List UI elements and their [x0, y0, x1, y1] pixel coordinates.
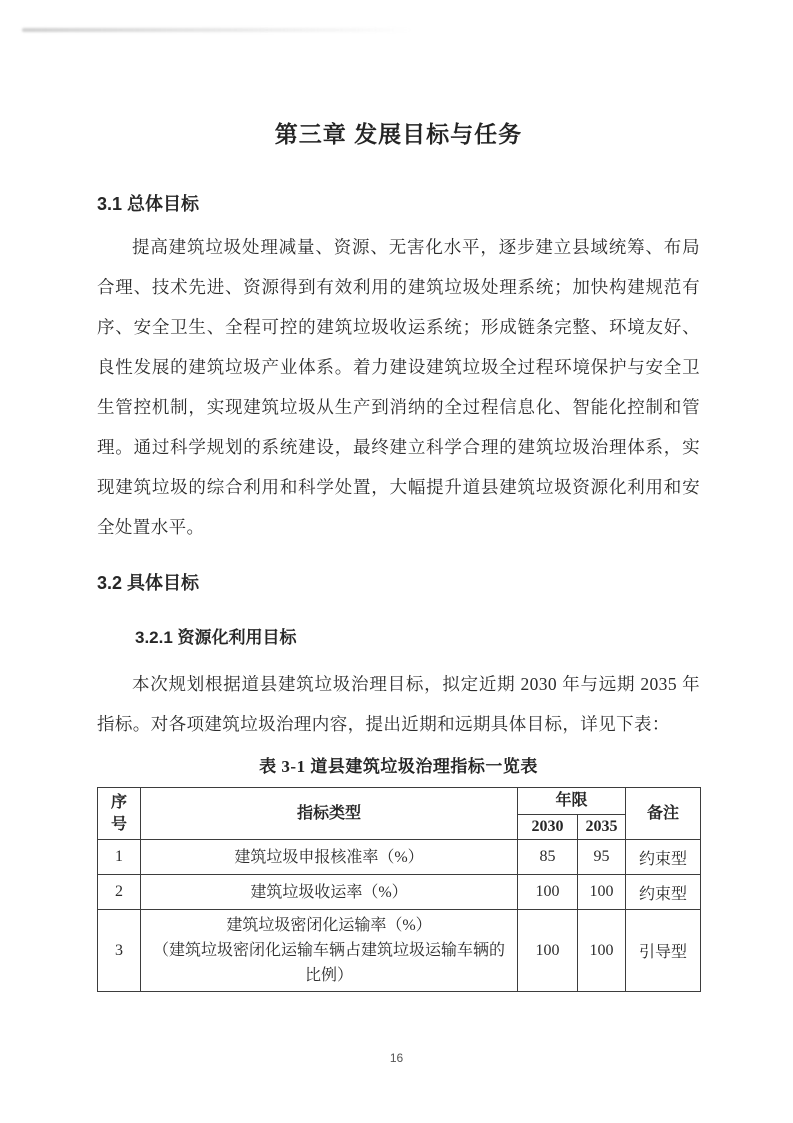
section-3-2-1-heading: 3.2.1 资源化利用目标 [135, 626, 700, 650]
scan-artifact [22, 28, 412, 32]
col-header-type: 指标类型 [141, 788, 518, 840]
cell-note: 约束型 [626, 875, 701, 910]
cell-indicator-type: 建筑垃圾申报核准率（%） [141, 840, 518, 875]
section-3-1-paragraph: 提高建筑垃圾处理减量、资源、无害化水平，逐步建立县域统筹、布局合理、技术先进、资… [97, 227, 700, 547]
cell-2030-value: 100 [518, 910, 578, 992]
section-3-2-1-paragraph: 本次规划根据道县建筑垃圾治理目标，拟定近期 2030 年与远期 2035 年指标… [97, 664, 700, 744]
table-row: 2 建筑垃圾收运率（%） 100 100 约束型 [98, 875, 701, 910]
col-header-index: 序号 [98, 788, 141, 840]
page-number: 16 [0, 1051, 793, 1065]
table-caption: 表 3-1 道县建筑垃圾治理指标一览表 [97, 754, 700, 780]
page-content: 第三章 发展目标与任务 3.1 总体目标 提高建筑垃圾处理减量、资源、无害化水平… [0, 118, 793, 992]
cell-2035-value: 100 [578, 910, 626, 992]
table-row: 1 建筑垃圾申报核准率（%） 85 95 约束型 [98, 840, 701, 875]
col-header-2035: 2035 [578, 815, 626, 840]
cell-index: 1 [98, 840, 141, 875]
col-header-2030: 2030 [518, 815, 578, 840]
section-3-1-heading: 3.1 总体目标 [97, 192, 700, 217]
cell-note: 引导型 [626, 910, 701, 992]
table-header-row-top: 序号 指标类型 年限 备注 [98, 788, 701, 815]
section-3-2-heading: 3.2 具体目标 [97, 571, 700, 596]
indicators-table: 序号 指标类型 年限 备注 2030 2035 1 建筑垃圾申报核准率（%） 8… [97, 787, 701, 992]
col-header-note: 备注 [626, 788, 701, 840]
document-page: 第三章 发展目标与任务 3.1 总体目标 提高建筑垃圾处理减量、资源、无害化水平… [0, 0, 793, 1123]
cell-note: 约束型 [626, 840, 701, 875]
cell-index: 3 [98, 910, 141, 992]
cell-index: 2 [98, 875, 141, 910]
cell-indicator-type: 建筑垃圾收运率（%） [141, 875, 518, 910]
cell-2035-value: 100 [578, 875, 626, 910]
cell-2030-value: 85 [518, 840, 578, 875]
chapter-title: 第三章 发展目标与任务 [97, 118, 700, 150]
cell-indicator-type: 建筑垃圾密闭化运输率（%） （建筑垃圾密闭化运输车辆占建筑垃圾运输车辆的比例） [141, 910, 518, 992]
cell-2035-value: 95 [578, 840, 626, 875]
cell-2030-value: 100 [518, 875, 578, 910]
col-header-years: 年限 [518, 788, 626, 815]
table-row: 3 建筑垃圾密闭化运输率（%） （建筑垃圾密闭化运输车辆占建筑垃圾运输车辆的比例… [98, 910, 701, 992]
